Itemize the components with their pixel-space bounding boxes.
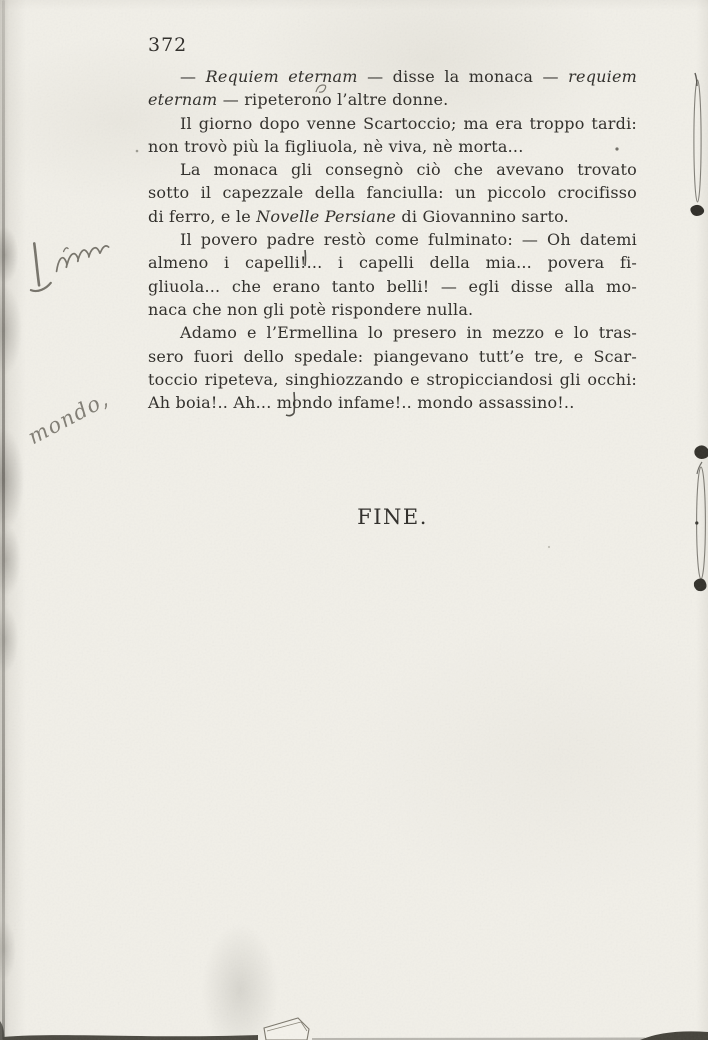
page-number: 372 [148,34,187,56]
text-line: — Requiem eternam — disse la monaca — re… [148,65,637,88]
body-text: — Requiem eternam — disse la monaca — re… [148,65,637,414]
text-line: non trovò più la figliuola, nè viva, nè … [148,135,637,158]
end-word: FINE. [148,505,637,529]
fiber-loop-bottom [694,445,708,591]
stray-dot [548,546,550,548]
illegible-handwriting [24,230,134,309]
text-line: eternam — ripeterono l’altre donne. [148,88,637,111]
text-line: toccio ripeteva, singhiozzando e stropic… [148,368,637,391]
text-line: La monaca gli consegnò ciò che avevano t… [148,158,637,181]
text-line: Il giorno dopo venne Scartoccio; ma era … [148,112,637,135]
text-line: almeno i capelli!... i capelli della mia… [148,251,637,274]
binding-shadow [2,0,5,1040]
text-line: naca che non gli potè rispondere nulla. [148,298,637,321]
bottom-edge [0,1021,708,1040]
text-line: Ah boia!.. Ah... mondo infame!.. mondo a… [148,391,637,414]
stray-dot [136,150,139,153]
text-line: di ferro, e le Novelle Persiane di Giova… [148,205,637,228]
torn-paper-fragment [264,1018,309,1040]
handwritten-word: mondo, [24,387,113,449]
text-line: Adamo e l’Ermellina lo presero in mezzo … [148,321,637,344]
text-line: Il povero padre restò come fulminato: — … [148,228,637,251]
fiber-loop-top [690,73,704,216]
scanned-book-page: 372 — Requiem eternam — disse la monaca … [0,0,708,1040]
text-line: sotto il capezzale della fanciulla: un p… [148,181,637,204]
text-line: gliuola... che erano tanto belli! — egli… [148,275,637,298]
text-line: sero fuori dello spedale: piangevano tut… [148,345,637,368]
